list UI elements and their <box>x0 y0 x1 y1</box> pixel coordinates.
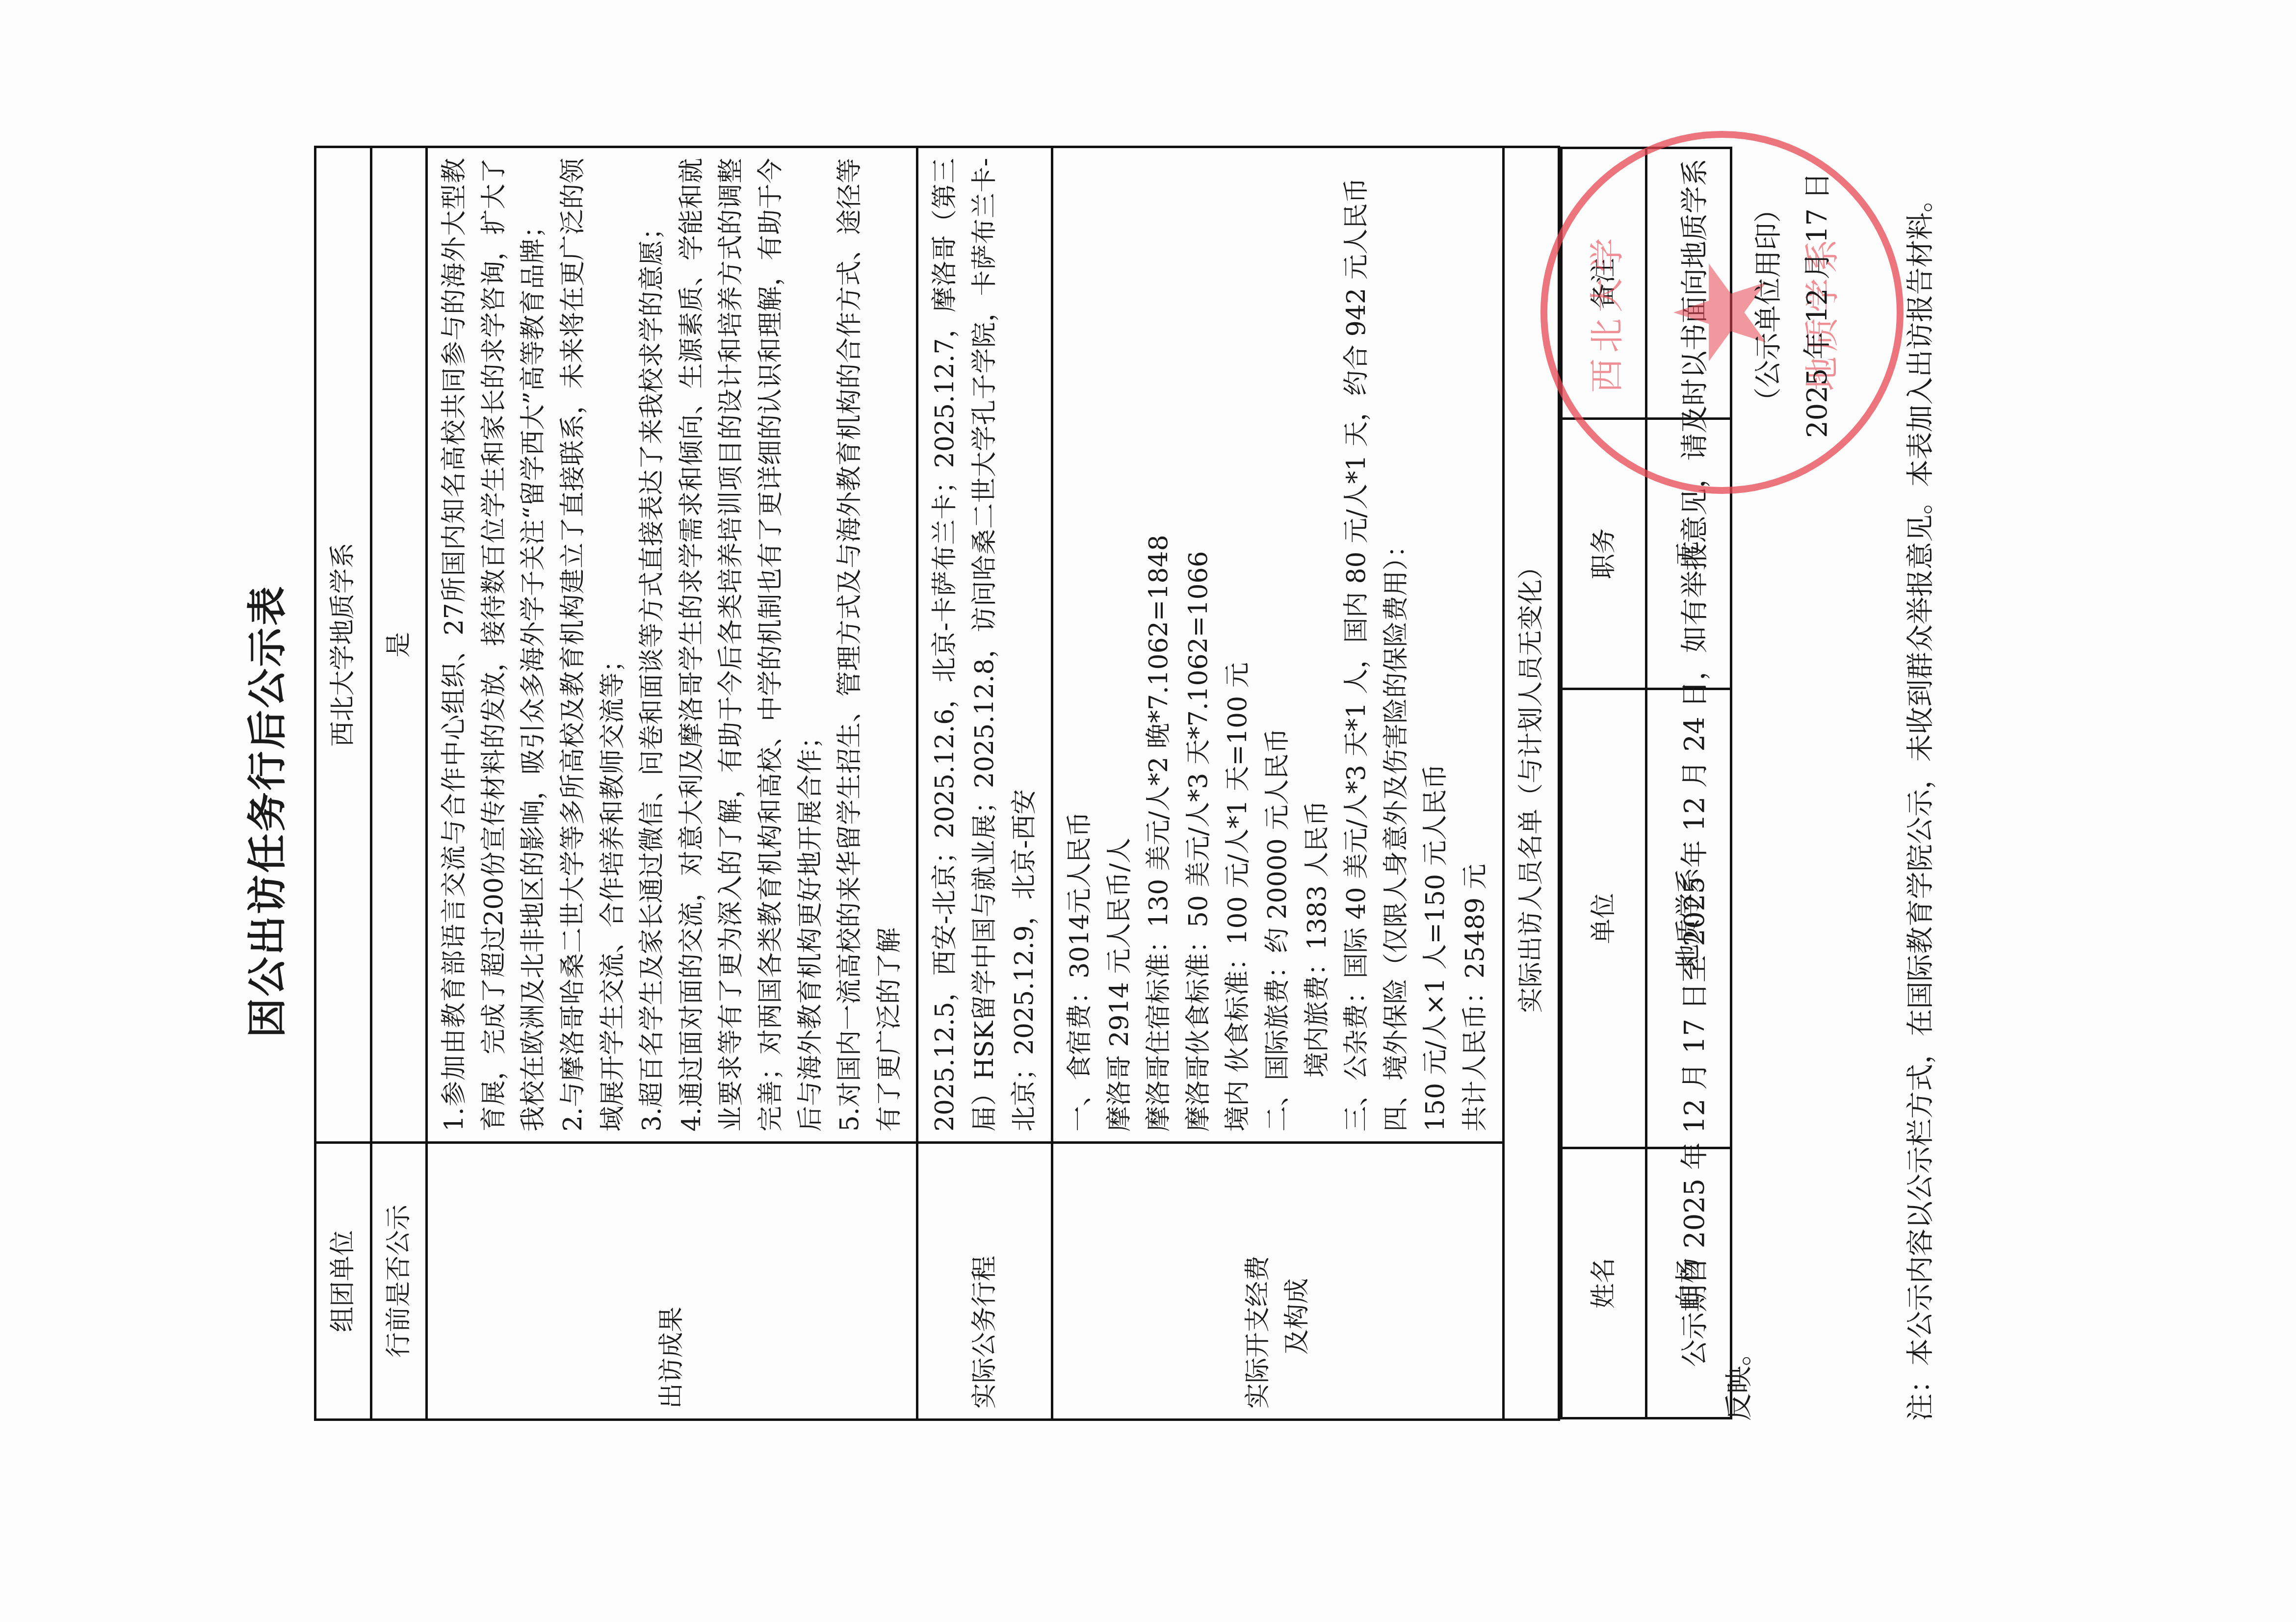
result-item: 1.参加由教育部语言交流与合作中心组织、27所国内知名高校共同参与的海外大型教育… <box>435 158 553 1132</box>
result-item: 3.超百名学生及家长通过微信、问卷和面谈等方式直接表达了来我校求学的意愿； <box>632 158 672 1132</box>
pre-publicity-label: 行前是否公示 <box>371 1143 427 1420</box>
expenses-label-line2: 及构成 <box>1278 1154 1317 1409</box>
seal-top-text: 西北大学 <box>1580 131 1629 494</box>
result-item: 2.与摩洛哥哈桑二世大学等多所高校及教育机构建立了直接联系，未来将在更广泛的领域… <box>553 158 632 1132</box>
pre-publicity-value: 是 <box>371 147 427 1143</box>
expense-line: 一、食宿费：3014元人民币 <box>1060 158 1100 1132</box>
header-name: 姓名 <box>1562 1148 1646 1418</box>
expense-line: 摩洛哥住宿标准：130 美元/人*2 晚*7.1062=1848 <box>1139 158 1179 1132</box>
result-item: 5.对国内一流高校的来华留学生招生、管理方式及与海外教育机构的合作方式、途径等有… <box>830 158 909 1132</box>
expenses-content: 一、食宿费：3014元人民币摩洛哥 2914 元人民币/人摩洛哥住宿标准：130… <box>1052 147 1504 1143</box>
expense-line: 二、国际旅费：约 20000 元人民币 <box>1258 158 1298 1132</box>
row-itinerary: 实际公务行程 2025.12.5，西安-北京；2025.12.6，北京-卡萨布兰… <box>917 147 1052 1420</box>
seal-date: 2025 年 12 月 17 日 <box>1796 146 1835 464</box>
results-content: 1.参加由教育部语言交流与合作中心组织、27所国内知名高校共同参与的海外大型教育… <box>427 147 917 1143</box>
results-label: 出访成果 <box>427 1143 917 1420</box>
itinerary-content: 2025.12.5，西安-北京；2025.12.6，北京-卡萨布兰卡；2025.… <box>917 147 1052 1143</box>
expense-line: 共计人民币：25489 元 <box>1456 158 1495 1132</box>
row-org-unit: 组团单位 西北大学地质学系 <box>315 147 371 1420</box>
expense-line: 150 元/人×1 人=150 元人民币 <box>1416 158 1456 1132</box>
row-pre-publicity: 行前是否公示 是 <box>371 147 427 1420</box>
document-page: 因公出访任务行后公示表 组团单位 西北大学地质学系 行前是否公示 是 出访成果 … <box>0 0 2296 1622</box>
expense-line: 摩洛哥伙食标准：50 美元/人*3 天*7.1062=1066 <box>1179 158 1219 1132</box>
row-expenses: 实际开支经费 及构成 一、食宿费：3014元人民币摩洛哥 2914 元人民币/人… <box>1052 147 1504 1420</box>
document-title: 因公出访任务行后公示表 <box>235 0 292 1622</box>
header-unit: 单位 <box>1562 689 1646 1148</box>
expense-line: 四、境外保险（仅限人身意外及伤害险的保险费用）： <box>1377 158 1416 1132</box>
itinerary-label: 实际公务行程 <box>917 1143 1052 1420</box>
result-item: 4.通过面对面的交流，对意大利及摩洛哥学生的求学需求和倾向、生源素质、学能和就业… <box>672 158 830 1132</box>
row-results: 出访成果 1.参加由教育部语言交流与合作中心组织、27所国内知名高校共同参与的海… <box>427 147 917 1420</box>
publicity-table: 组团单位 西北大学地质学系 行前是否公示 是 出访成果 1.参加由教育部语言交流… <box>314 146 1732 1421</box>
org-unit-value: 西北大学地质学系 <box>315 147 371 1143</box>
expense-line: 境内 伙食标准：100 元/人*1 天=100 元 <box>1218 158 1258 1132</box>
expense-line: 摩洛哥 2914 元人民币/人 <box>1100 158 1140 1132</box>
seal-label: （公示单位用印） <box>1747 146 1786 464</box>
expense-line: 三、公杂费：国际 40 美元/人*3 天*1 人，国内 80 元/人*1 天，约… <box>1337 158 1377 1132</box>
footnote: 注：本公示内容以公示栏方式，在国际教育学院公示，未收到群众举报意见。本表加入出访… <box>1899 146 1943 1421</box>
org-unit-label: 组团单位 <box>315 1143 371 1420</box>
expenses-label-line1: 实际开支经费 <box>1238 1154 1278 1409</box>
official-seal: 西北大学 ★ 地质学系 <box>1540 131 1904 494</box>
expenses-label: 实际开支经费 及构成 <box>1052 1143 1504 1420</box>
expense-line: 境内旅费：1383 人民币 <box>1298 158 1337 1132</box>
